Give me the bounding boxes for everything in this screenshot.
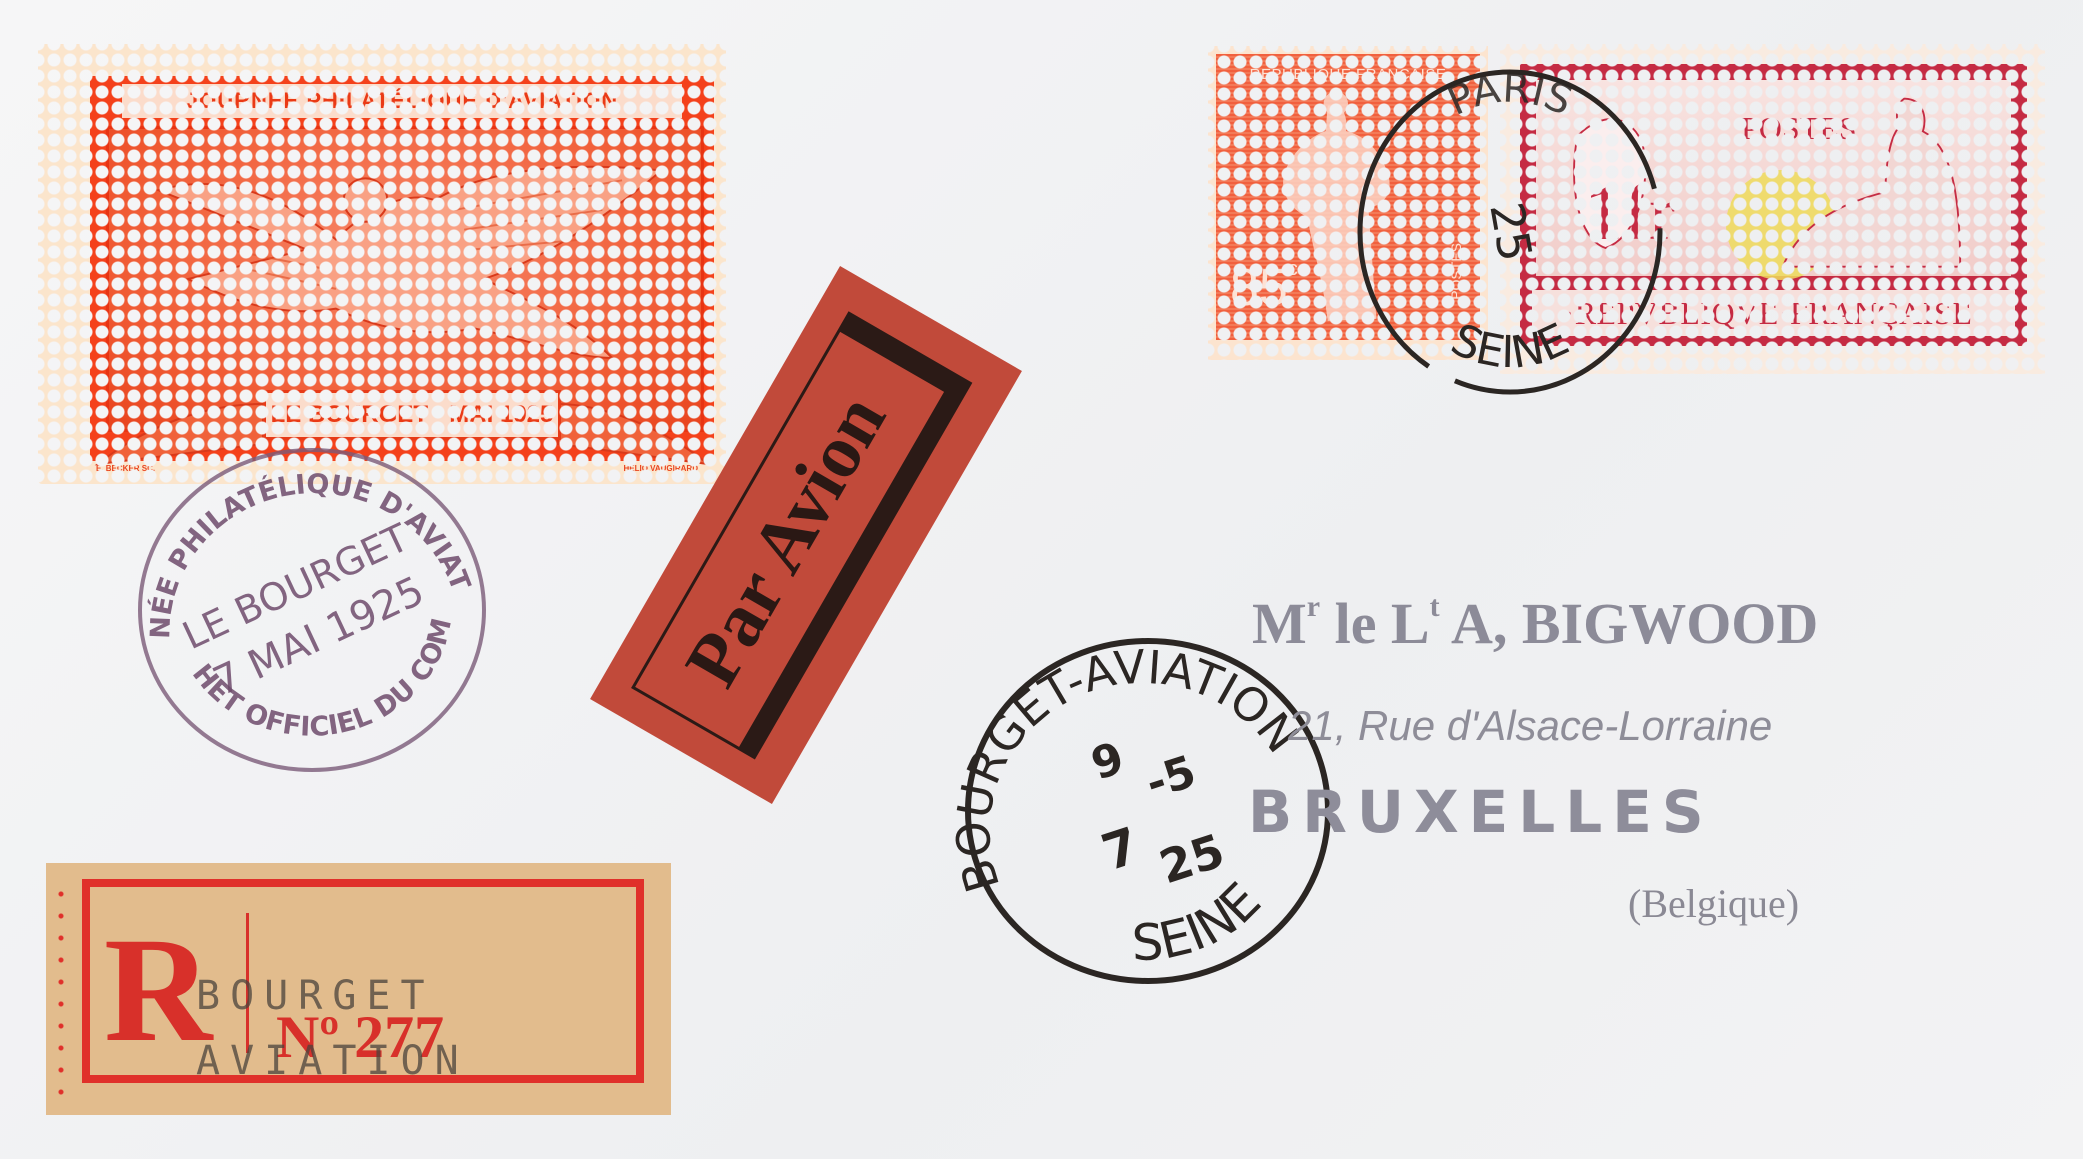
printer-credit: HELIO VAUGIRARD xyxy=(623,464,698,473)
svg-text:25: 25 xyxy=(1479,198,1542,265)
svg-text:SEINE: SEINE xyxy=(1444,314,1577,379)
svg-text:PARIS: PARIS xyxy=(1441,65,1579,124)
recipient-name: Mr le Lt A, BIGWOOD xyxy=(1252,590,1818,657)
recipient-street: 21, Rue d'Alsace-Lorraine xyxy=(1288,702,1772,750)
aviation-vignette: JOURNÉE PHILATÉLIQUE D'AVIATION LE BOURG… xyxy=(38,44,726,484)
stamp-85c-value: 85c xyxy=(1230,258,1298,318)
recipient-country: (Belgique) xyxy=(1628,880,1799,927)
registration-label: R Nº 277 BOURGET AVIATION xyxy=(46,863,671,1115)
svg-text:-5: -5 xyxy=(1140,746,1202,810)
commemorative-cachet: JOURNÉE PHILATÉLIQUE D'AVIATION CACHET O… xyxy=(132,445,492,775)
stamp-1fr-postes: POSTES xyxy=(1741,110,1857,147)
stamp-cancel-postmark: PARIS SEINE 25 xyxy=(1345,62,1675,402)
recipient-city: BRUXELLES xyxy=(1248,778,1714,846)
svg-text:9: 9 xyxy=(1085,733,1130,791)
registration-overprint-line2: AVIATION xyxy=(196,1038,469,1084)
vignette-banner: LE BOURGET - MAI 1925 xyxy=(263,390,561,440)
registration-overprint-line1: BOURGET xyxy=(196,973,435,1019)
svg-text:7: 7 xyxy=(1095,816,1146,882)
svg-text:SEINE: SEINE xyxy=(1131,872,1272,973)
envelope: JOURNÉE PHILATÉLIQUE D'AVIATION LE BOURG… xyxy=(0,0,2083,1159)
perforation-dots xyxy=(58,883,64,1095)
